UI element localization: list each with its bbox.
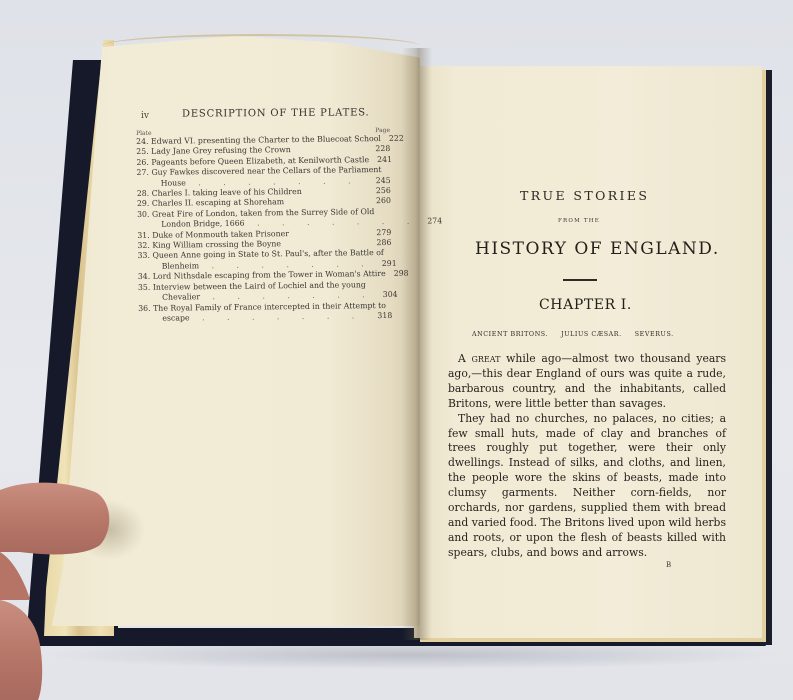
plate-page-number: 256 <box>371 186 391 197</box>
plate-page-number: 228 <box>370 144 390 155</box>
plate-page-number: 291 <box>382 259 397 270</box>
subhead: JULIUS CÆSAR. <box>561 331 622 338</box>
plate-rows: 24. Edward VI. presenting the Charter to… <box>136 134 392 324</box>
subhead: SEVERUS. <box>635 331 674 338</box>
leader-dots: . . . . . . . <box>199 259 374 270</box>
chapter-heading: CHAPTER I. <box>539 297 632 313</box>
leader-dots: . . . . . . . <box>200 290 375 301</box>
plate-page-number: 241 <box>377 155 392 166</box>
plate-page-number: 274 <box>427 217 442 228</box>
leader-dots: . . . . . . . <box>245 217 420 228</box>
running-head: DESCRIPTION OF THE PLATES. <box>182 107 370 119</box>
signature-mark: B <box>666 561 671 569</box>
leader-dots: . . . . . . . <box>190 311 365 322</box>
left-page-top-edge <box>102 34 420 46</box>
chapter-body: A great while ago—almost two thousand ye… <box>448 352 726 561</box>
left-page[interactable] <box>52 34 420 626</box>
book-gutter-shadow <box>402 48 432 640</box>
plate-page-number: 304 <box>383 290 398 301</box>
plate-page-number: 260 <box>371 196 391 207</box>
drop-lead: A great <box>458 352 500 365</box>
chapter-subheads: ANCIENT BRITONS. JULIUS CÆSAR. SEVERUS. <box>472 331 674 338</box>
book-title-line-1: TRUE STORIES <box>520 188 649 203</box>
book-title-line-3: HISTORY OF ENGLAND. <box>475 239 720 259</box>
plate-page-number: 222 <box>389 134 404 145</box>
plate-page-number: 318 <box>372 311 392 322</box>
subhead: ANCIENT BRITONS. <box>472 331 548 338</box>
plates-list: Plate Page 24. Edward VI. presenting the… <box>136 126 392 324</box>
plate-column-header: Plate <box>136 129 152 137</box>
plate-page-number: 286 <box>371 238 391 249</box>
plate-page-number: 298 <box>394 269 409 280</box>
paragraph-text: They had no churches, no palaces, no cit… <box>448 412 726 559</box>
page-column-header: Page <box>375 126 390 134</box>
paragraph: They had no churches, no palaces, no cit… <box>448 412 726 561</box>
leader-dots: . . . . . . . <box>186 176 361 187</box>
title-rule <box>563 279 597 281</box>
page-folio: iv <box>141 111 149 121</box>
plate-page-number: 245 <box>371 176 391 187</box>
book-title-line-2: FROM THE <box>558 218 600 224</box>
photo-scene: iv DESCRIPTION OF THE PLATES. Plate Page… <box>0 0 793 700</box>
plate-page-number: 279 <box>371 228 391 239</box>
paragraph: A great while ago—almost two thousand ye… <box>448 352 726 412</box>
